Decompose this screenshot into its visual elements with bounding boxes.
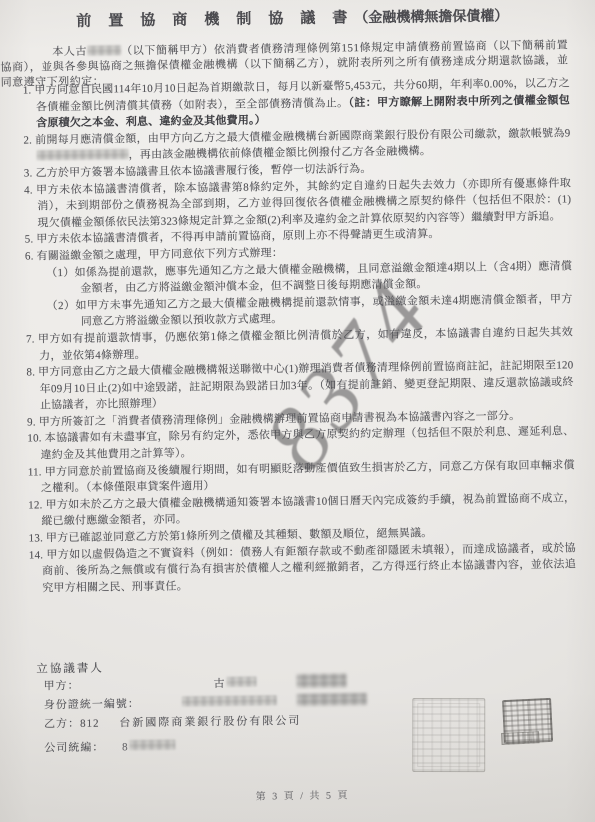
id-number-label: 身份證統一編號： [44, 698, 140, 711]
term-number: 9. [27, 416, 39, 428]
subitem-text: 如甲方未事先通知乙方之最大債權金融機構提前還款情事，或溢繳金額未達4期應清償金額… [75, 293, 572, 328]
subitem-text: 如係為提前還款，應事先通知乙方之最大債權金融機構，且同意溢繳金額達4期以上（含4… [75, 260, 573, 295]
term-text: 甲方同意於前置協商及後續履行期間，如有明顯貶落動產價值致生損害於乙方，同意乙方保… [41, 459, 575, 495]
redacted-id-handwriting [297, 693, 367, 706]
term-text: 甲方已確認並同意乙方於第1條所列之債權及其種類、數額及順位，絕無異議。 [46, 527, 433, 544]
document-photo: 8374 前置協商機制協議書（金融機構無擔保債權） 本人古（以下簡稱甲方）依消費… [0, 0, 595, 822]
term-text: ，再由該金融機構依前條債權金額比例撥付乙方各金融機構。 [129, 146, 432, 162]
term-number: 11. [28, 466, 45, 478]
redacted-text [37, 150, 129, 161]
term-number: 13. [29, 532, 47, 544]
term-text: 乙方於甲方簽署本協議書且依本協議書履行後，暫停一切法訴行為。 [35, 163, 371, 179]
term-item: 14.甲方如以虛假偽造之不實資料（例如：債務人有鉅額存款或不動產卻隱匿未填報），… [29, 540, 577, 597]
term-number: 4. [24, 184, 36, 196]
party-b-row: 乙方：812 台新國際商業銀行股份有限公司 [44, 712, 301, 731]
term-text: 甲方如未於乙方之最大債權金融機構通知簽署本協議書10個日曆天內完成簽約手續，視為… [41, 492, 575, 528]
company-id-visible: 8 [122, 741, 129, 753]
term-text: 本協議書如有未盡事宜，除另有約定外，悉依甲方與乙方原契約約定辦理（包括但不限於利… [40, 426, 574, 462]
term-text: 甲方未依本協議書清償者，除本協議書第8條約定外，其餘約定自違約日起失去效力（亦即… [36, 177, 572, 229]
term-number: 14. [29, 549, 47, 561]
term-text: 甲方如有提前還款情事，仍應依第1條之債權金額比例清償於乙方，如有違反，本協議書自… [38, 326, 573, 362]
company-id-label: 公司統編： [44, 742, 104, 755]
term-number: 12. [28, 499, 46, 511]
term-text: 有關溢繳金額之處理，甲方同意依下列方式辦理： [37, 247, 284, 262]
redacted-party-a-name [226, 677, 256, 687]
term-text: 甲方未依本協議書清償者，不得再申請前置協商，原則上亦不得聲請更生或清算。 [36, 228, 439, 245]
party-b-name: 台新國際商業銀行股份有限公司 [119, 715, 301, 729]
redacted-company-id [129, 740, 175, 751]
party-a-label: 甲方： [44, 680, 80, 692]
intro-prefix: 本人古 [52, 46, 87, 58]
terms-list: 1.甲方同意自民國114年10月10日起為首期繳款日，每月以新臺幣5,453元，… [23, 75, 577, 597]
redacted-applicant-name [87, 45, 121, 55]
term-text: 甲方同意由乙方之最大債權金融機構報送聯徵中心(1)辦理消費者債務清理條例前置協商… [38, 359, 574, 411]
party-b-label: 乙方： [44, 718, 80, 730]
term-item: 1.甲方同意自民國114年10月10日起為首期繳款日，每月以新臺幣5,453元，… [23, 75, 571, 132]
title-suffix: （金融機構無擔保債權） [354, 9, 508, 26]
term-item: 4.甲方未依本協議書清償者，除本協議書第8條約定外，其餘約定自違約日起失去效力（… [24, 175, 572, 232]
term-number: 1. [23, 84, 35, 96]
redacted-party-a-signature [296, 673, 346, 688]
term-number: 2. [23, 134, 35, 146]
signing-parties-heading: 立協議書人 [36, 660, 104, 677]
term-number: 3. [24, 167, 36, 179]
redacted-id-number [182, 695, 277, 706]
party-b-code: 812 [80, 718, 100, 730]
title-main: 前置協商機制協議書 [76, 10, 364, 30]
subitem-number: （1） [46, 266, 75, 278]
term-number: 7. [26, 333, 38, 345]
name-plate-stamp [501, 731, 540, 745]
term-item: 8.甲方同意由乙方之最大債權金融機構報送聯徵中心(1)辦理消費者債務清理條例前置… [26, 357, 574, 414]
term-number: 10. [27, 433, 45, 445]
term-number: 6. [25, 250, 37, 262]
bank-seal-stamp [412, 698, 485, 772]
subitem-number: （2） [47, 300, 76, 312]
party-a-row: 甲方： 古 [43, 677, 79, 693]
term-text: 甲方如以虛假偽造之不實資料（例如：債務人有鉅額存款或不動產卻隱匿未填報），而達成… [42, 542, 576, 594]
party-a-name: 古 [213, 675, 225, 691]
document-title: 前置協商機制協議書（金融機構無擔保債權） [0, 3, 590, 36]
paper-sheet: 8374 前置協商機制協議書（金融機構無擔保債權） 本人古（以下簡稱甲方）依消費… [0, 0, 595, 822]
term-number: 5. [25, 234, 37, 246]
company-id-row: 公司統編： 8 [44, 738, 128, 755]
id-number-row: 身份證統一編號： [44, 695, 140, 712]
page-number: 第 3 頁 / 共 5 頁 [5, 783, 595, 806]
term-number: 8. [26, 366, 38, 378]
